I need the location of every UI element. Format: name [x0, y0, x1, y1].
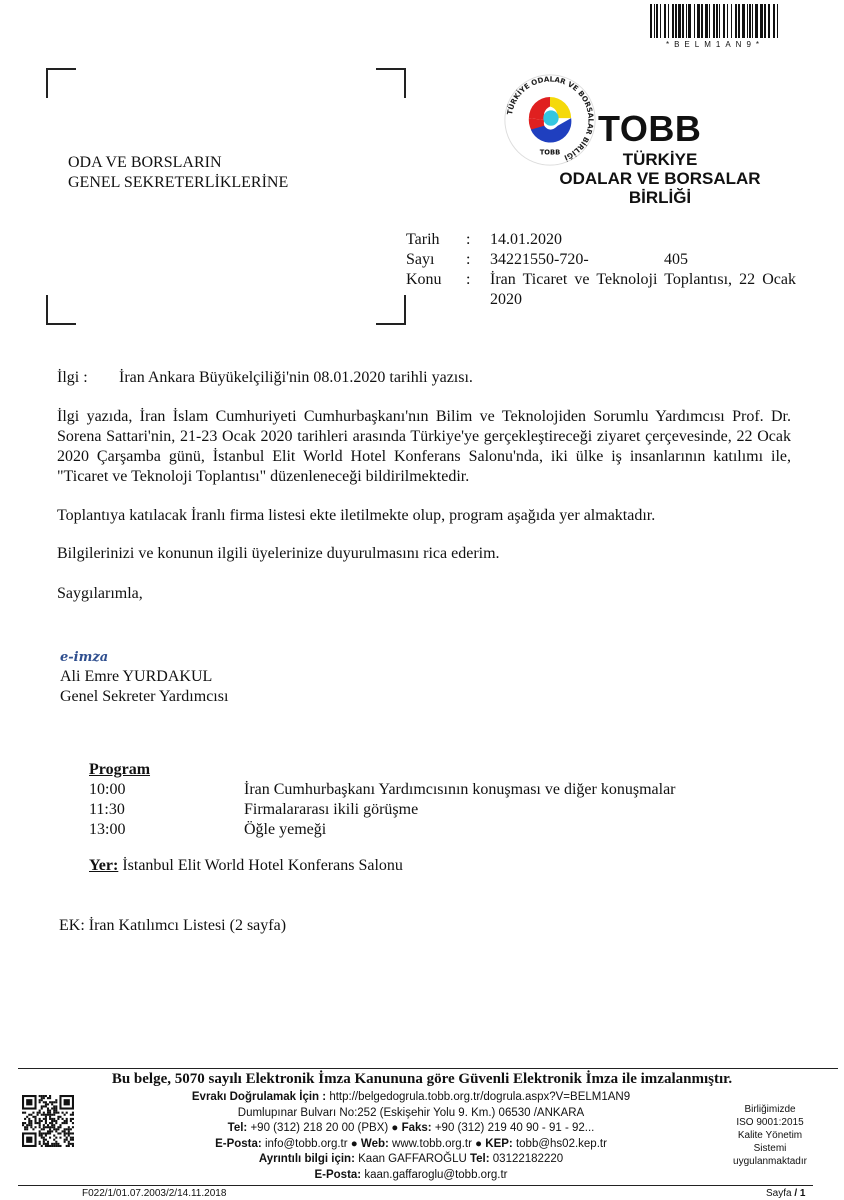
- reference-value: İran Ankara Büyükelçiliği'nin 08.01.2020…: [119, 369, 473, 386]
- recipient-line-2: GENEL SEKRETERLİKLERİNE: [68, 173, 288, 193]
- program-item: 13:00 Öğle yemeği: [89, 820, 676, 840]
- signer-title: Genel Sekreter Yardımcısı: [60, 687, 228, 707]
- tobb-full-name: TÜRKİYE ODALAR VE BORSALAR BİRLİĞİ: [545, 150, 775, 207]
- footer-divider-bottom: [18, 1185, 813, 1186]
- form-code: F022/1/01.07.2003/2/14.11.2018: [82, 1188, 226, 1199]
- tobb-wordmark: TOBB: [598, 108, 701, 150]
- date-value: 14.01.2020: [490, 230, 796, 250]
- address-window-corner-bottom-right: [376, 295, 406, 325]
- web-link[interactable]: www.tobb.org.tr: [392, 1138, 472, 1150]
- body-paragraph-1: İlgi yazıda, İran İslam Cumhuriyeti Cumh…: [57, 407, 791, 487]
- closing: Saygılarımla,: [57, 584, 791, 604]
- subject-value: İran Ticaret ve Teknoloji Toplantısı, 22…: [490, 270, 796, 310]
- address: Dumlupınar Bulvarı No:252 (Eskişehir Yol…: [180, 1106, 642, 1122]
- attachment-note: EK: İran Katılımcı Listesi (2 sayfa): [59, 917, 286, 935]
- address-window-corner-bottom-left: [46, 295, 76, 325]
- body-paragraph-2: Toplantıya katılacak İranlı firma listes…: [57, 506, 791, 526]
- meta-date-row: Tarih : 14.01.2020: [406, 230, 796, 250]
- email-link[interactable]: info@tobb.org.tr: [265, 1138, 348, 1150]
- kep-link[interactable]: tobb@hs02.kep.tr: [516, 1138, 607, 1150]
- barcode-text: *BELM1AN9*: [650, 40, 780, 49]
- address-window-corner-top-right: [376, 68, 406, 98]
- number-label: Sayı: [406, 250, 466, 270]
- place-label: Yer:: [89, 857, 118, 874]
- reference-label: İlgi :: [57, 368, 119, 388]
- number-suffix: 405: [664, 250, 688, 270]
- program-activity: Öğle yemeği: [244, 820, 326, 840]
- signer-name: Ali Emre YURDAKUL: [60, 667, 228, 687]
- e-signature-legal-notice: Bu belge, 5070 sayılı Elektronik İmza Ka…: [0, 1071, 844, 1088]
- body-paragraph-3: Bilgilerinizi ve konunun ilgili üyelerin…: [57, 544, 791, 564]
- page-number: Sayfa / 1: [766, 1188, 805, 1199]
- footer-contact-info: Evrakı Doğrulamak İçin : http://belgedog…: [180, 1090, 642, 1184]
- program-place: Yer: İstanbul Elit World Hotel Konferans…: [89, 857, 403, 875]
- reference-line: İlgi :İran Ankara Büyükelçiliği'nin 08.0…: [57, 368, 791, 388]
- document-barcode: [650, 4, 780, 38]
- recipient-block: ODA VE BORSLARIN GENEL SEKRETERLİKLERİNE: [68, 153, 288, 193]
- program-time: 13:00: [89, 820, 244, 840]
- recipient-line-1: ODA VE BORSLARIN: [68, 153, 288, 173]
- program-item: 11:30 Firmalararası ikili görüşme: [89, 800, 676, 820]
- number-value: 34221550-720- 405: [490, 250, 796, 270]
- address-window-corner-top-left: [46, 68, 76, 98]
- program-activity: İran Cumhurbaşkanı Yardımcısının konuşma…: [244, 780, 676, 800]
- qr-code-icon: [22, 1095, 74, 1147]
- footer-divider-top: [18, 1068, 838, 1069]
- program-section: Program 10:00 İran Cumhurbaşkanı Yardımc…: [89, 760, 676, 840]
- subject-label: Konu: [406, 270, 466, 310]
- program-item: 10:00 İran Cumhurbaşkanı Yardımcısının k…: [89, 780, 676, 800]
- meta-number-row: Sayı : 34221550-720- 405: [406, 250, 796, 270]
- program-time: 10:00: [89, 780, 244, 800]
- program-title: Program: [89, 760, 676, 780]
- date-label: Tarih: [406, 230, 466, 250]
- program-activity: Firmalararası ikili görüşme: [244, 800, 418, 820]
- meta-subject-row: Konu : İran Ticaret ve Teknoloji Toplant…: [406, 270, 796, 310]
- contact-email-link[interactable]: kaan.gaffaroglu@tobb.org.tr: [364, 1169, 507, 1181]
- program-time: 11:30: [89, 800, 244, 820]
- document-meta: Tarih : 14.01.2020 Sayı : 34221550-720- …: [406, 230, 796, 310]
- place-value: İstanbul Elit World Hotel Konferans Salo…: [122, 857, 403, 874]
- iso-certification-note: Birliğimizde ISO 9001:2015 Kalite Yöneti…: [720, 1103, 820, 1168]
- signer-block: Ali Emre YURDAKUL Genel Sekreter Yardımc…: [60, 667, 228, 707]
- e-signature-mark: e-imza: [60, 650, 108, 665]
- verify-url-link[interactable]: http://belgedogrula.tobb.org.tr/dogrula.…: [329, 1091, 630, 1103]
